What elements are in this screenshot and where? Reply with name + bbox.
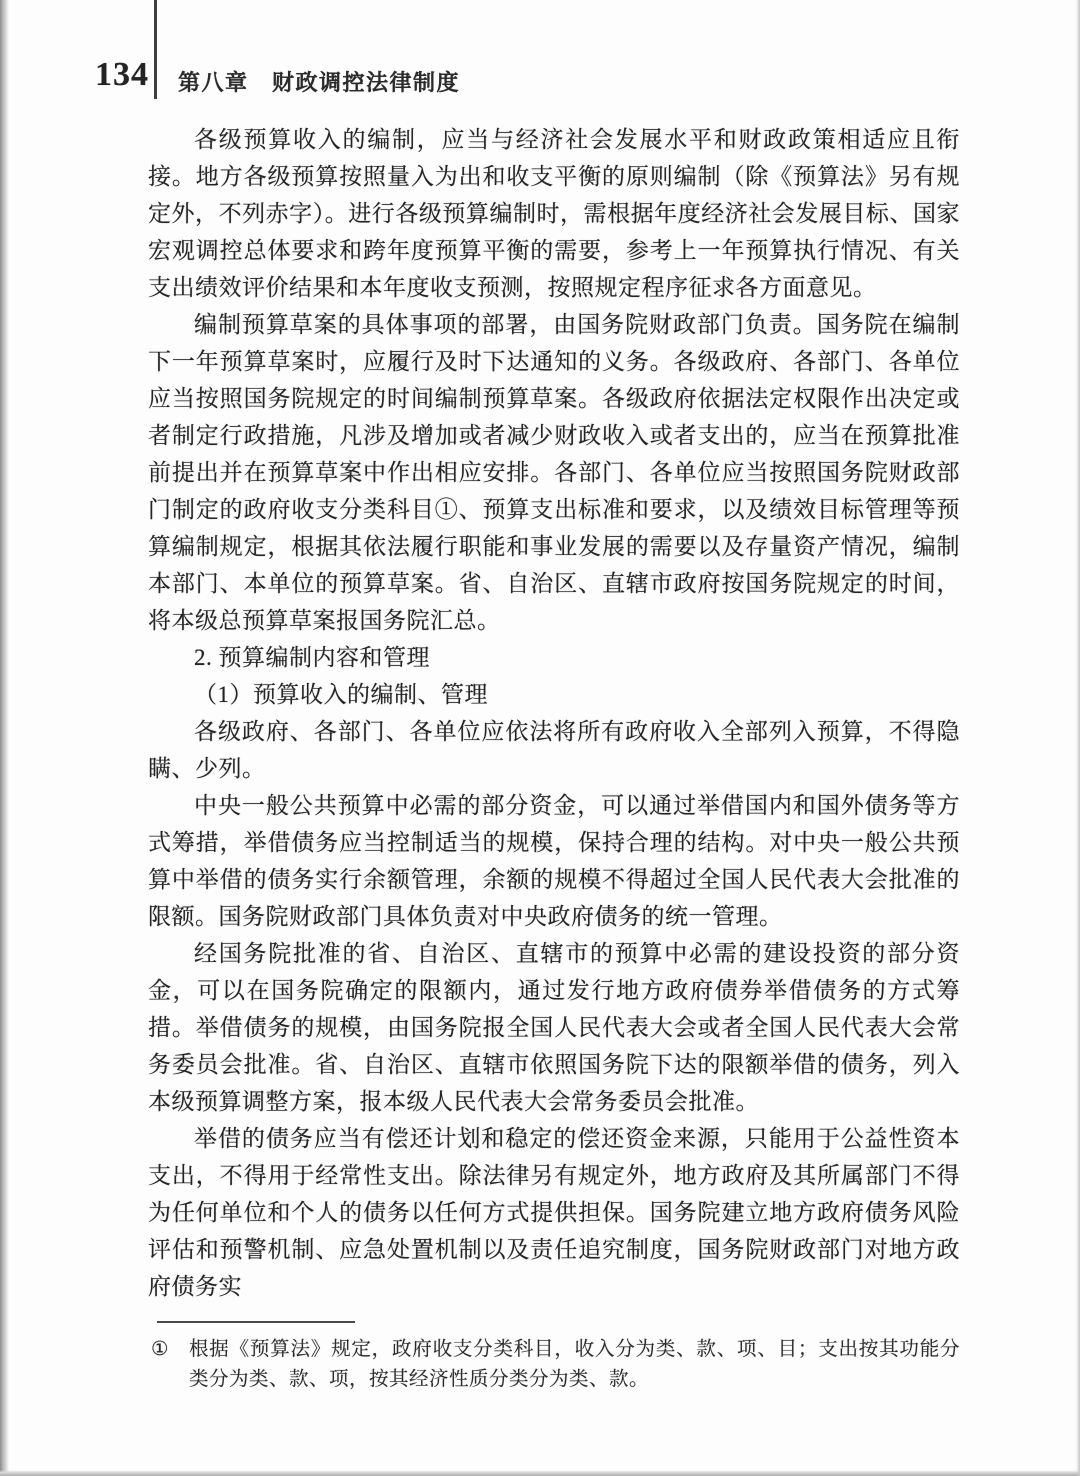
scan-edge-left — [0, 0, 9, 1476]
subheading-revenue-compilation-management: （1）预算收入的编制、管理 — [148, 676, 960, 713]
scan-edge-bottom — [0, 1470, 1080, 1476]
footnote-marker: ① — [151, 1335, 189, 1395]
book-page: 134 第八章 财政调控法律制度 各级预算收入的编制，应当与经济社会发展水平和财… — [0, 0, 1080, 1476]
header-divider — [154, 0, 157, 99]
paragraph-local-bonds: 经国务院批准的省、自治区、直辖市的预算中必需的建设投资的部分资金，可以在国务院确… — [148, 935, 960, 1120]
paragraph-debt-repayment: 举借的债务应当有偿还计划和稳定的偿还资金来源，只能用于公益性资本支出，不得用于经… — [148, 1120, 960, 1305]
paragraph-budget-revenue-compilation: 各级预算收入的编制，应当与经济社会发展水平和财政政策相适应且衔接。地方各级预算按… — [148, 121, 960, 306]
scan-edge-right — [1076, 0, 1080, 1476]
chapter-title: 第八章 财政调控法律制度 — [178, 66, 460, 97]
paragraph-draft-budget-duties: 编制预算草案的具体事项的部署，由国务院财政部门负责。国务院在编制下一年预算草案时… — [148, 306, 960, 639]
footnote-rule — [157, 1321, 355, 1323]
paragraph-central-debt: 中央一般公共预算中必需的部分资金，可以通过举借国内和国外债务等方式筹措，举借债务… — [148, 787, 960, 935]
footnote-text: 根据《预算法》规定，政府收支分类科目，收入分为类、款、项、目；支出按其功能分类分… — [189, 1335, 960, 1395]
paragraph-all-revenue-in-budget: 各级政府、各部门、各单位应依法将所有政府收入全部列入预算，不得隐瞒、少列。 — [148, 713, 960, 787]
heading-budget-content-management: 2. 预算编制内容和管理 — [148, 639, 960, 676]
page-body: 各级预算收入的编制，应当与经济社会发展水平和财政政策相适应且衔接。地方各级预算按… — [148, 121, 960, 1395]
page-number: 134 — [95, 56, 149, 94]
footnote: ① 根据《预算法》规定，政府收支分类科目，收入分为类、款、项、目；支出按其功能分… — [151, 1335, 960, 1395]
